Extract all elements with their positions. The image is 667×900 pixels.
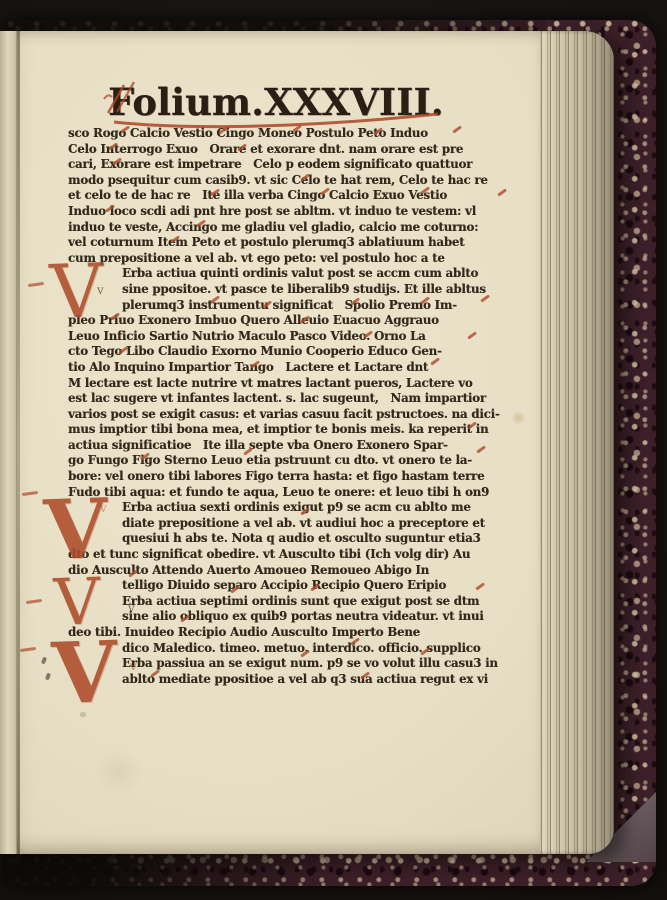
page-stack: Folium.XXXVIII. sco Rogo Calcio Vestio C… <box>0 31 614 854</box>
rubric-stroke <box>497 188 507 196</box>
rubric-stroke <box>300 507 310 515</box>
rubric-stroke <box>430 357 440 365</box>
rubric-stroke <box>420 647 430 655</box>
rubric-stroke <box>467 421 477 429</box>
margin-faint-mark <box>80 712 86 717</box>
rubric-stroke <box>108 142 118 150</box>
rubric-stroke <box>360 671 370 679</box>
rubric-stroke <box>180 614 190 622</box>
rubric-stroke <box>300 315 310 323</box>
rubric-stroke <box>300 173 310 181</box>
margin-rubric-dash <box>20 647 36 652</box>
rubric-stroke <box>363 330 373 338</box>
rubric-stroke <box>292 124 302 132</box>
fore-edge-pages <box>536 31 614 854</box>
rubric-stroke <box>120 125 130 133</box>
rubric-stroke <box>262 300 272 308</box>
rubric-stroke <box>476 445 486 453</box>
rubric-stroke <box>230 585 240 593</box>
rubric-stroke <box>210 188 220 196</box>
rubric-stroke <box>320 187 330 195</box>
rubric-stroke <box>373 127 383 135</box>
rubric-stroke <box>250 360 260 368</box>
rubric-stroke <box>218 126 228 134</box>
margin-rubric-dash <box>22 491 38 496</box>
rubric-stroke <box>420 186 430 194</box>
margin-rubric-dash <box>28 282 44 287</box>
rubric-stroke <box>480 294 490 302</box>
rubric-stroke <box>350 637 360 645</box>
rubric-stroke <box>196 219 206 227</box>
margin-rubric-dash <box>26 599 42 604</box>
rubric-stroke <box>112 157 122 165</box>
photo-backdrop: Folium.XXXVIII. sco Rogo Calcio Vestio C… <box>0 0 667 900</box>
rubric-stroke <box>237 143 247 151</box>
rubric-stroke <box>350 297 360 305</box>
rubric-stroke <box>118 346 128 354</box>
rubric-stroke <box>105 204 115 212</box>
margin-ink-mark <box>41 657 47 665</box>
rubric-stroke <box>310 583 320 591</box>
rubric-stroke <box>150 669 160 677</box>
rubric-stroke <box>140 452 150 460</box>
rubric-stroke <box>475 582 485 590</box>
rubric-stroke <box>420 296 430 304</box>
rubric-stroke <box>210 295 220 303</box>
margin-ink-mark <box>45 673 51 681</box>
rubric-stroke <box>467 331 477 339</box>
rubric-stroke <box>110 312 120 320</box>
rubric-stroke <box>300 649 310 657</box>
rubric-stroke <box>243 447 253 455</box>
rubric-stroke <box>452 125 462 133</box>
rubrication-marks <box>0 31 540 854</box>
rubric-stroke <box>128 569 138 577</box>
book-page: Folium.XXXVIII. sco Rogo Calcio Vestio C… <box>0 31 540 854</box>
rubric-stroke <box>170 235 180 243</box>
